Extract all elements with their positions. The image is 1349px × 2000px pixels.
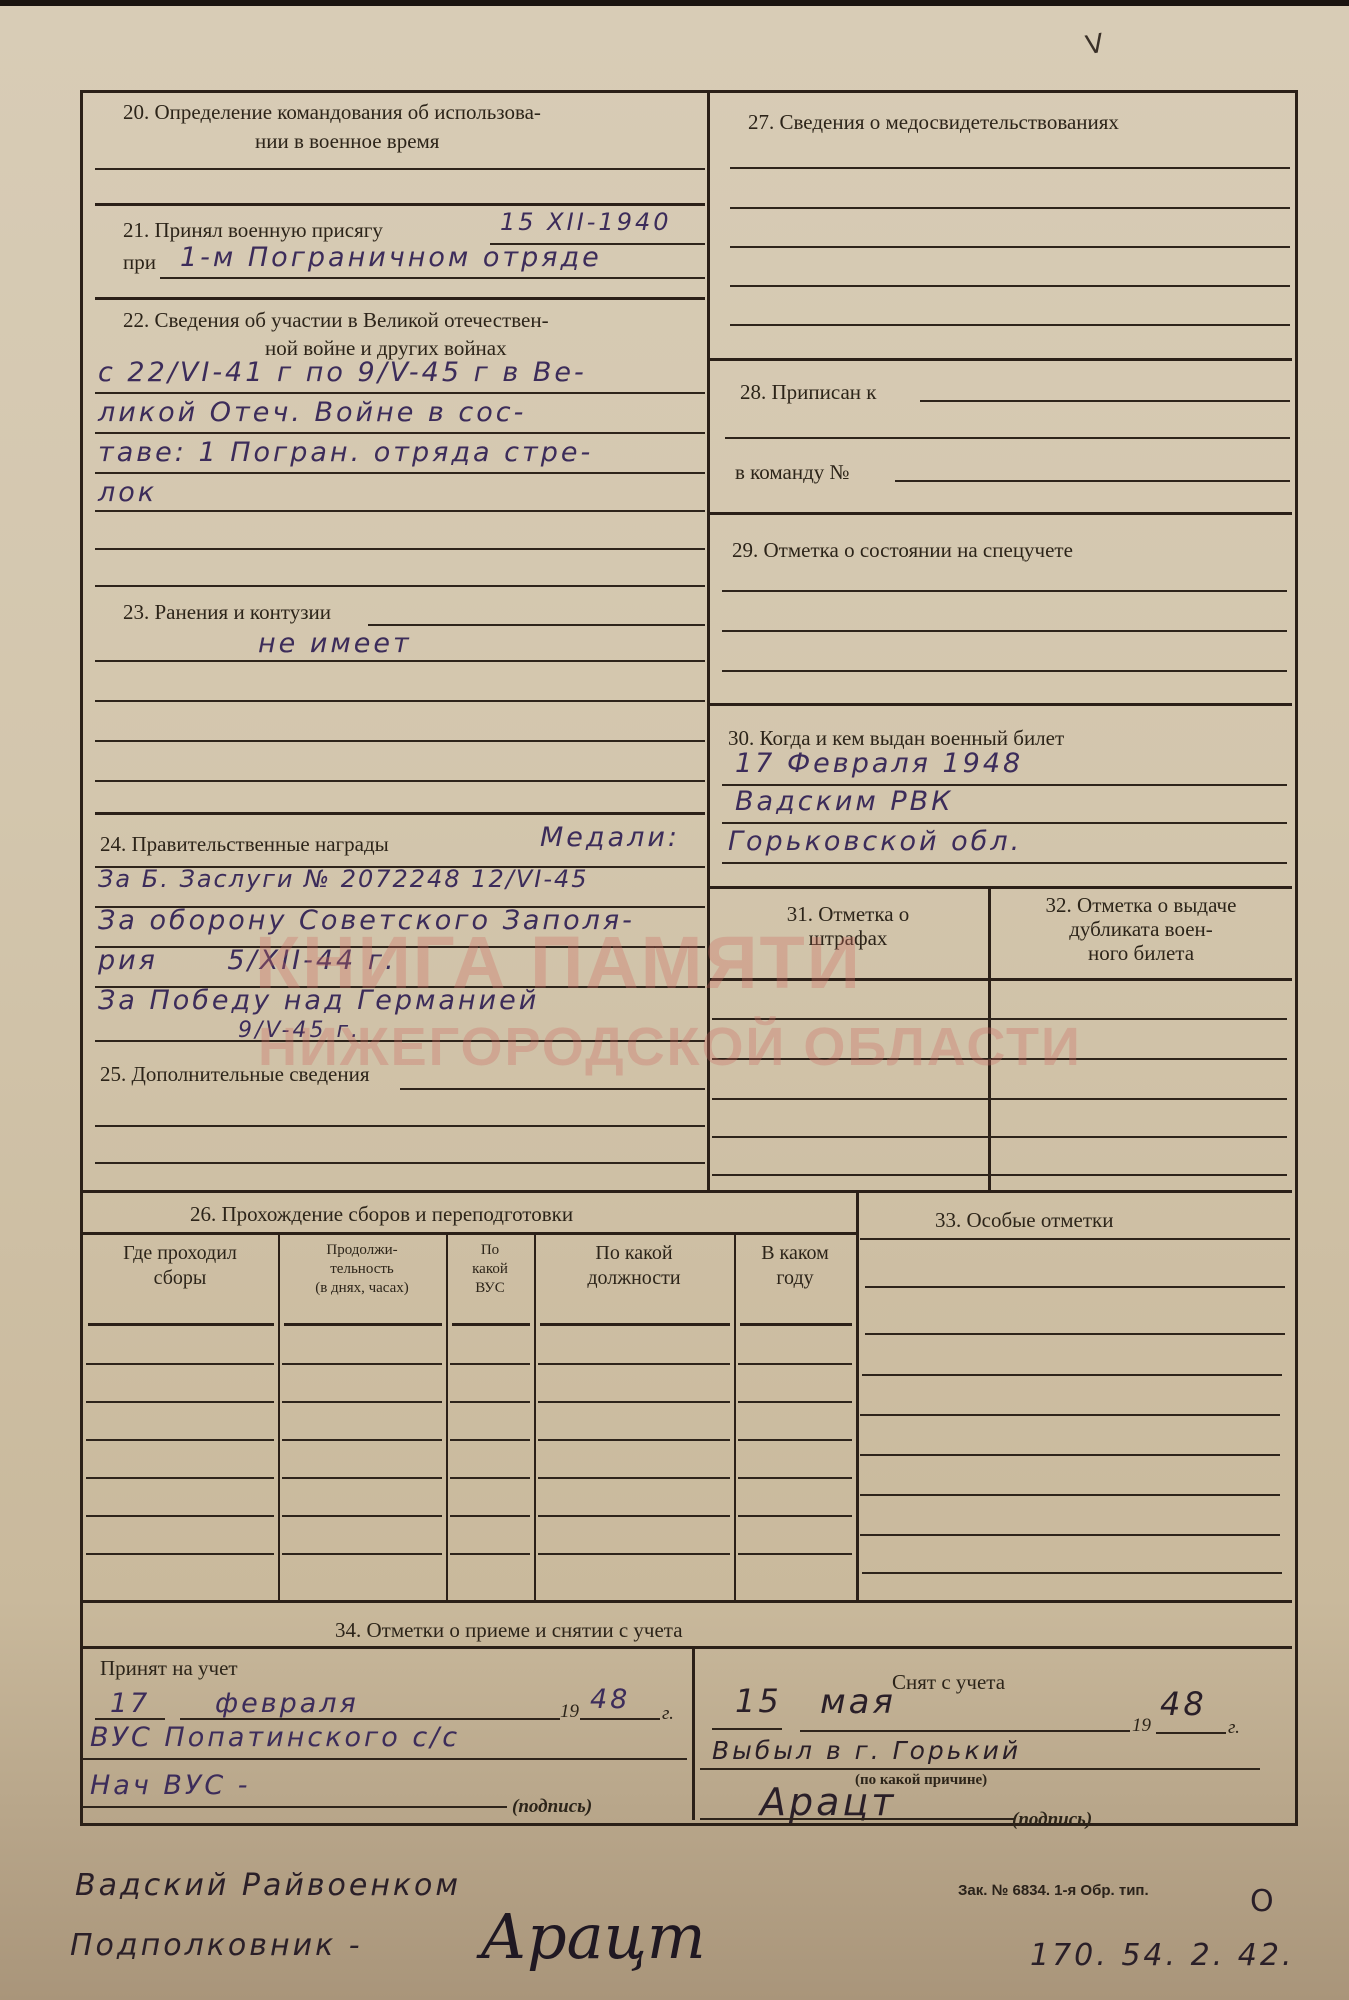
rule <box>82 1600 1292 1603</box>
rule <box>368 624 705 626</box>
s22-line-3: таве: 1 Погран. отряда стре- <box>98 437 593 468</box>
rule <box>722 670 1287 672</box>
rule <box>95 585 705 587</box>
rule <box>712 1136 1287 1138</box>
rule <box>95 1718 165 1720</box>
accepted-signature-label: (подпись) <box>512 1795 592 1819</box>
rule <box>920 400 1290 402</box>
s26-col-header: По какойдолжности <box>534 1241 734 1291</box>
rule <box>865 1333 1285 1335</box>
s30-label: 30. Когда и кем выдан военный билет <box>728 726 1064 750</box>
accepted-line-3: Нач ВУС - <box>90 1770 251 1801</box>
rule <box>580 1718 660 1720</box>
s26-row-line <box>86 1363 274 1365</box>
s32-label-2: дубликата воен- <box>992 917 1290 941</box>
s26-row-line <box>738 1401 852 1403</box>
s32-label: 32. Отметка о выдаче дубликата воен- ног… <box>992 893 1290 965</box>
s26-row-line <box>738 1439 852 1441</box>
s26-row-line <box>86 1477 274 1479</box>
rule <box>95 1162 705 1164</box>
s26-col-divider <box>446 1235 448 1600</box>
rule <box>860 1414 1280 1416</box>
s26-col-header-line: В каком <box>734 1241 856 1266</box>
s26-col-divider <box>278 1235 280 1600</box>
s26-row-line <box>282 1363 442 1365</box>
s34-title: 34. Отметки о приеме и снятии с учета <box>335 1618 683 1642</box>
s26-row-line <box>86 1553 274 1555</box>
accepted-line-2: ВУС Попатинского с/с <box>90 1722 460 1753</box>
s26-row-line <box>538 1553 730 1555</box>
s22-line-1: с 22/VI-41 г по 9/V-45 г в Ве- <box>98 357 587 388</box>
s26-col-header: В какомгоду <box>734 1241 856 1291</box>
rule <box>95 432 705 434</box>
s24-line-1: За Б. Заслуги № 2072248 12/VI-45 <box>98 865 589 893</box>
rule <box>730 246 1290 248</box>
s26-row-line <box>738 1553 852 1555</box>
accepted-label: Принят на учет <box>100 1656 238 1680</box>
rule <box>95 203 705 206</box>
s22-line-4: лок <box>98 477 157 508</box>
rule <box>730 167 1290 169</box>
rule <box>730 285 1290 287</box>
s26-col-header-line: ВУС <box>446 1279 534 1298</box>
s22-label-1: 22. Сведения об участии в Великой отечес… <box>123 308 549 332</box>
s26-row-line <box>282 1439 442 1441</box>
s26-s33-divider <box>856 1192 859 1600</box>
s24-medals-head: Медали: <box>540 822 680 853</box>
rule <box>88 1323 274 1326</box>
s32-label-3: ного билета <box>992 941 1290 965</box>
rule <box>95 660 705 662</box>
s26-row-line <box>450 1515 530 1517</box>
rule <box>700 1768 1260 1770</box>
rule <box>740 1323 852 1326</box>
commissar-signature: Арацт <box>480 1900 706 1973</box>
s26-row-line <box>738 1477 852 1479</box>
s23-value: не имеет <box>258 628 412 659</box>
rule <box>700 1818 1015 1820</box>
rule <box>710 886 1292 889</box>
rule <box>95 780 705 782</box>
s26-row-line <box>450 1401 530 1403</box>
rule <box>95 700 705 702</box>
rule <box>95 548 705 550</box>
rule <box>860 1494 1280 1496</box>
rule <box>95 1125 705 1127</box>
s26-col-header-line: (в днях, часах) <box>278 1279 446 1298</box>
rule <box>82 1190 1292 1193</box>
removed-day: 15 <box>735 1682 782 1720</box>
s30-line-3: Горьковской обл. <box>728 826 1022 857</box>
footer-line-2: Подполковник - <box>70 1928 363 1963</box>
s26-row-line <box>538 1477 730 1479</box>
s26-row-line <box>450 1363 530 1365</box>
rule <box>722 822 1287 824</box>
rule <box>860 1534 1280 1536</box>
removed-reason: Выбыл в г. Горький <box>712 1736 1021 1765</box>
s26-col-header-line: По какой <box>534 1241 734 1266</box>
rule <box>180 1718 560 1720</box>
s26-col-divider <box>734 1235 736 1600</box>
rule <box>725 437 1290 439</box>
rule <box>860 1238 1290 1240</box>
rule <box>862 1572 1282 1574</box>
s26-col-header: Продолжи-тельность(в днях, часах) <box>278 1241 446 1298</box>
s21-label: 21. Принял военную присягу <box>123 218 383 242</box>
s21-date: 15 XII-1940 <box>500 208 672 236</box>
rule <box>710 512 1292 515</box>
removed-label: Снят с учета <box>892 1670 1005 1694</box>
accepted-year-prefix: 19 <box>560 1700 579 1724</box>
rule <box>730 207 1290 209</box>
s21-at-label: при <box>123 250 156 274</box>
s26-col-header-line: году <box>734 1266 856 1291</box>
rule <box>160 277 705 279</box>
s26-row-line <box>450 1439 530 1441</box>
removed-year-suffix: г. <box>1228 1716 1240 1740</box>
s26-row-line <box>538 1439 730 1441</box>
s26-col-header-line: тельность <box>278 1260 446 1279</box>
s28-command-label: в команду № <box>735 460 850 484</box>
s26-row-line <box>450 1553 530 1555</box>
rule <box>860 1454 1280 1456</box>
s26-col-header-line: По <box>446 1241 534 1260</box>
s26-col-header: Где проходилсборы <box>82 1241 278 1291</box>
s20-label-1: 20. Определение командования об использо… <box>123 100 541 124</box>
rule <box>865 1286 1285 1288</box>
s26-row-line <box>86 1515 274 1517</box>
rule <box>722 630 1287 632</box>
s26-col-header: ПокакойВУС <box>446 1241 534 1298</box>
rule <box>895 480 1290 482</box>
s30-line-1: 17 Февраля 1948 <box>735 748 1023 779</box>
rule <box>800 1730 1130 1732</box>
s28-label: 28. Приписан к <box>740 380 876 404</box>
print-info: Зак. № 6834. 1-я Обр. тип. <box>958 1882 1149 1899</box>
s26-col-header-line: Продолжи- <box>278 1241 446 1260</box>
rule <box>452 1323 530 1326</box>
s26-row-line <box>538 1515 730 1517</box>
rule <box>722 590 1287 592</box>
rule <box>95 472 705 474</box>
s26-row-line <box>738 1515 852 1517</box>
accepted-year: 48 <box>590 1684 630 1715</box>
accepted-month: февраля <box>215 1688 359 1719</box>
s26-col-header-line: какой <box>446 1260 534 1279</box>
rule <box>710 358 1292 361</box>
rule <box>82 1758 687 1760</box>
rule <box>1156 1732 1226 1734</box>
rule <box>722 862 1287 864</box>
s26-row-line <box>282 1401 442 1403</box>
s26-row-line <box>282 1553 442 1555</box>
s32-label-1: 32. Отметка о выдаче <box>992 893 1290 917</box>
s26-col-header-line: Где проходил <box>82 1241 278 1266</box>
accepted-year-suffix: г. <box>662 1702 674 1726</box>
s24-label: 24. Правительственные награды <box>100 832 389 856</box>
removed-signature-label: (подпись) <box>1012 1808 1092 1832</box>
rule <box>284 1323 442 1326</box>
rule <box>95 740 705 742</box>
rule <box>712 1174 1287 1176</box>
rule <box>712 1728 782 1730</box>
s21-unit: 1-м Пограничном отряде <box>180 242 602 273</box>
rule <box>82 1806 507 1808</box>
s26-title: 26. Прохождение сборов и переподготовки <box>190 1202 573 1226</box>
s30-line-2: Вадским РВК <box>735 786 953 817</box>
rule <box>95 812 705 815</box>
s26-col-header-line: должности <box>534 1266 734 1291</box>
s26-row-line <box>738 1363 852 1365</box>
archive-code: 170. 54. 2. 42. <box>1030 1938 1294 1973</box>
s34-divider <box>692 1648 695 1820</box>
s26-col-divider <box>534 1235 536 1600</box>
s26-row-line <box>86 1439 274 1441</box>
s26-row-line <box>282 1477 442 1479</box>
circle-mark: О <box>1250 1884 1277 1919</box>
s26-row-line <box>86 1401 274 1403</box>
s23-label: 23. Ранения и контузии <box>123 600 331 624</box>
top-edge <box>0 0 1349 6</box>
rule <box>95 168 705 170</box>
s27-label: 27. Сведения о медосвидетельствованиях <box>748 110 1119 134</box>
s22-line-2: ликой Отеч. Войне в сос- <box>98 397 526 428</box>
rule <box>712 1098 1287 1100</box>
rule <box>400 1088 705 1090</box>
s26-table: Где проходилсборыПродолжи-тельность(в дн… <box>82 1235 856 1600</box>
s26-col-header-line: сборы <box>82 1266 278 1291</box>
rule <box>540 1323 730 1326</box>
rule <box>862 1374 1282 1376</box>
rule <box>95 392 705 394</box>
s29-label: 29. Отметка о состоянии на спецучете <box>732 538 1073 562</box>
rule <box>710 703 1292 706</box>
s26-row-line <box>538 1401 730 1403</box>
rule <box>95 297 705 300</box>
s26-row-line <box>282 1515 442 1517</box>
rule <box>82 1646 1292 1649</box>
rule <box>95 510 705 512</box>
s26-row-line <box>450 1477 530 1479</box>
rule <box>730 324 1290 326</box>
accepted-day: 17 <box>110 1688 150 1719</box>
watermark-line-2: НИЖЕГОРОДСКОЙ ОБЛАСТИ <box>258 1016 1082 1078</box>
removed-year: 48 <box>1160 1685 1207 1723</box>
footer-line-1: Вадский Райвоенком <box>75 1868 461 1903</box>
s20-label-2: нии в военное время <box>255 129 439 153</box>
watermark-line-1: КНИГА ПАМЯТИ <box>255 920 862 1005</box>
removed-year-prefix: 19 <box>1132 1714 1151 1738</box>
s33-label: 33. Особые отметки <box>935 1208 1113 1232</box>
s26-row-line <box>538 1363 730 1365</box>
removed-month: мая <box>820 1682 896 1722</box>
